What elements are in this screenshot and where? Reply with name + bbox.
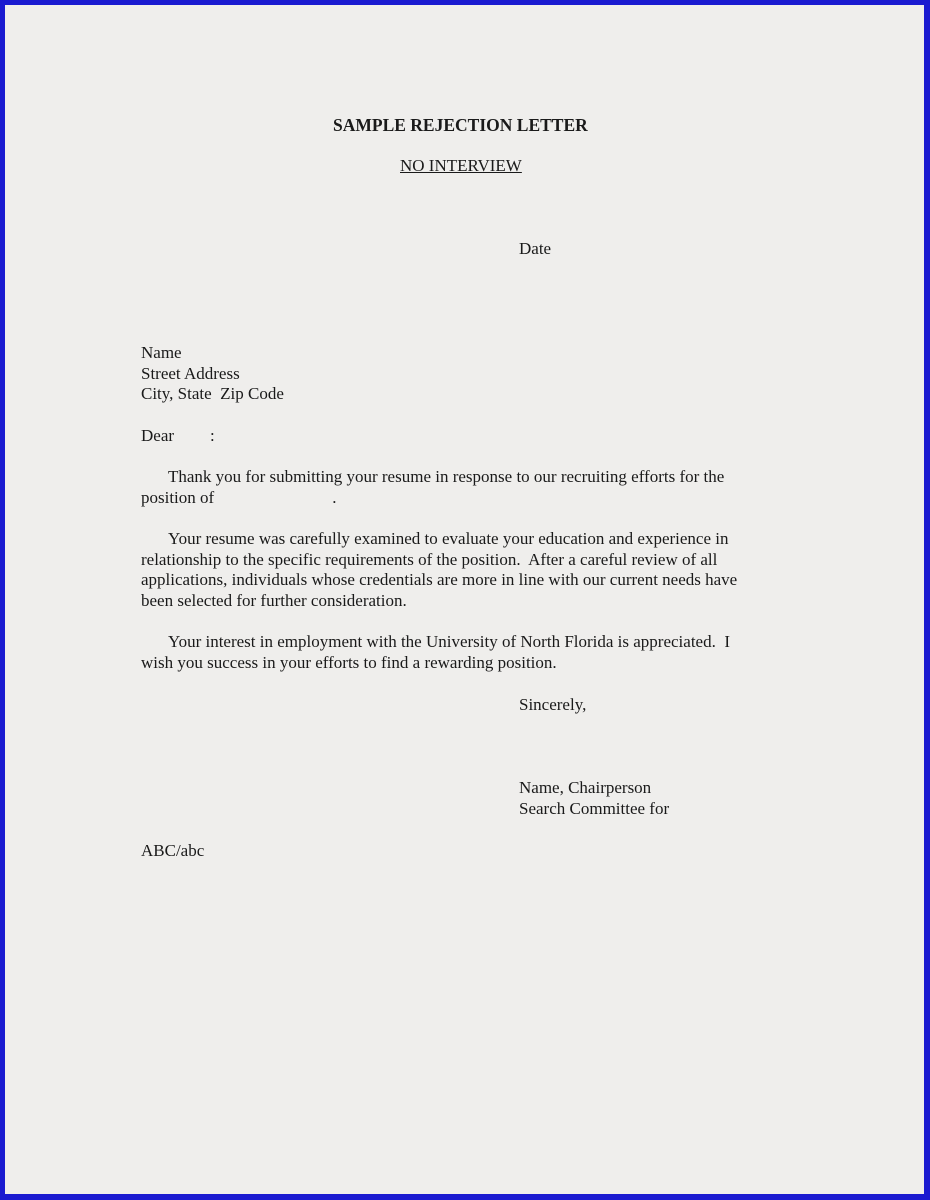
paragraph-3: Your interest in employment with the Uni… bbox=[141, 632, 781, 673]
paragraph-2-line-4: been selected for further consideration. bbox=[141, 591, 781, 612]
letter-page: SAMPLE REJECTION LETTER NO INTERVIEW Dat… bbox=[0, 0, 930, 1200]
signature-committee: Search Committee for bbox=[519, 799, 669, 819]
initials: ABC/abc bbox=[141, 841, 204, 861]
date-line: Date bbox=[519, 239, 551, 259]
paragraph-1: Thank you for submitting your resume in … bbox=[141, 467, 781, 508]
letter-subtitle: NO INTERVIEW bbox=[400, 156, 522, 176]
recipient-name: Name bbox=[141, 343, 182, 363]
recipient-city-line: City, State Zip Code bbox=[141, 384, 284, 404]
letter-title: SAMPLE REJECTION LETTER bbox=[333, 115, 588, 135]
paragraph-2-line-2: relationship to the specific requirement… bbox=[141, 550, 781, 571]
salutation-prefix: Dear bbox=[141, 426, 174, 445]
paragraph-3-line-2: wish you success in your efforts to find… bbox=[141, 653, 781, 674]
paragraph-2-line-1: Your resume was carefully examined to ev… bbox=[141, 529, 781, 550]
paragraph-2: Your resume was carefully examined to ev… bbox=[141, 529, 781, 612]
salutation: Dear: bbox=[141, 426, 215, 446]
position-suffix: . bbox=[332, 488, 336, 507]
signature-name: Name, Chairperson bbox=[519, 778, 651, 798]
paragraph-1-line-1: Thank you for submitting your resume in … bbox=[141, 467, 781, 488]
paragraph-3-line-1: Your interest in employment with the Uni… bbox=[141, 632, 781, 653]
salutation-suffix: : bbox=[210, 426, 215, 445]
paragraph-1-line-2: position of. bbox=[141, 488, 781, 509]
position-prefix: position of bbox=[141, 488, 214, 507]
closing: Sincerely, bbox=[519, 695, 586, 715]
recipient-street: Street Address bbox=[141, 364, 240, 384]
paragraph-2-line-3: applications, individuals whose credenti… bbox=[141, 570, 781, 591]
